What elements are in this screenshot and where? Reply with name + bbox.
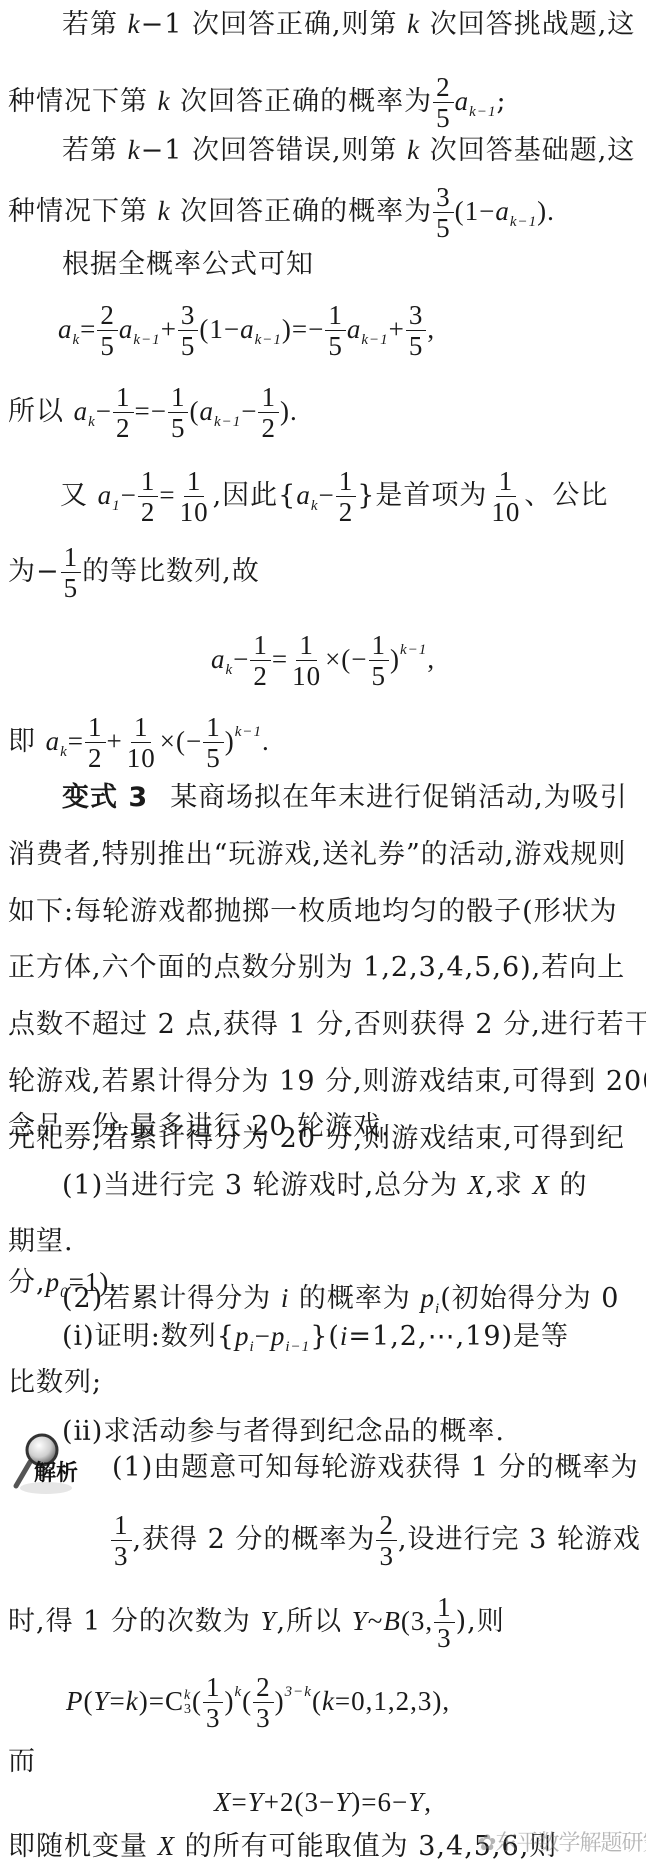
text: ): [390, 644, 400, 674]
var-k: k: [128, 135, 141, 165]
subscript: k: [311, 498, 319, 514]
subscript: k: [60, 744, 68, 760]
text: (3,: [401, 1606, 433, 1636]
var-P: P: [66, 1686, 84, 1716]
fraction: 12: [138, 466, 159, 527]
var-a: a: [199, 396, 214, 426]
text: 念品一份,最多进行 20 轮游戏.: [8, 1111, 391, 1142]
var-X: X: [158, 1831, 176, 1861]
text: 、公比: [524, 480, 608, 511]
var-k: k: [158, 86, 171, 116]
subscript: k: [88, 414, 96, 430]
paragraph-wrong-prob: 种情况下第 k 次回答正确的概率为35(1−ak−1).: [0, 182, 646, 243]
text: ).: [280, 396, 298, 426]
fraction: 35: [406, 300, 427, 361]
subscript: 0: [60, 1285, 69, 1301]
operator: =: [80, 314, 96, 344]
equation-x-y: X=Y+2(3−Y)=6−Y,: [0, 1782, 646, 1823]
text: 轮游戏,若累计得分为 19 分,则游戏结束,可得到 200: [8, 1066, 646, 1097]
var-a: a: [347, 314, 362, 344]
text: 即: [8, 726, 46, 757]
text: (: [192, 1686, 202, 1716]
exponent: k−1: [400, 642, 427, 658]
text: (ⅱ)求活动参与者得到纪念品的概率.: [62, 1416, 505, 1447]
paragraph-total-prob: 根据全概率公式可知: [0, 245, 646, 285]
paragraph-correct-prob: 种情况下第 k 次回答正确的概率为25ak−1;: [0, 72, 646, 133]
fraction: 25: [97, 300, 118, 361]
operator: −: [233, 644, 249, 674]
variant-title: 变式 3: [62, 782, 148, 813]
text: (ⅰ)证明:数列{: [62, 1321, 235, 1352]
operator: +: [161, 314, 177, 344]
question-2-i: (ⅰ)证明:数列{pi−pi−1}(i=1,2,⋯,19)是等: [0, 1316, 646, 1367]
combination-indices: k3: [184, 1689, 192, 1717]
var-Y: Y: [248, 1787, 264, 1817]
text: ,所以: [277, 1606, 352, 1637]
operator: −: [121, 480, 137, 510]
fraction: 110: [124, 712, 159, 773]
text: ): [282, 314, 292, 344]
text: ,: [427, 314, 435, 344]
watermark: ✿东平数学解题研究: [478, 1826, 646, 1857]
text: 若第: [62, 135, 128, 166]
fraction: 15: [325, 300, 346, 361]
fraction: 13: [434, 1592, 455, 1653]
operator: +: [389, 314, 405, 344]
operator: ×(−: [160, 726, 202, 756]
fraction: 110: [177, 466, 212, 527]
variant-heading-line: 变式 3某商场拟在年末进行促销活动,为吸引: [0, 778, 646, 818]
text: 正方体,六个面的点数分别为 1,2,3,4,5,6),若向上: [8, 952, 625, 983]
operator: −: [96, 396, 112, 426]
fraction: 13: [203, 1672, 224, 1733]
fraction: 15: [168, 382, 189, 443]
fraction: 12: [85, 712, 106, 773]
var-a: a: [74, 396, 89, 426]
var-Y: Y: [352, 1606, 368, 1636]
text: −1 次回答正确,则第: [141, 9, 408, 40]
fraction: 35: [433, 182, 454, 243]
var-X: X: [468, 1170, 486, 1200]
equation-general-shifted: ak−12=110×(−15)k−1,: [0, 630, 646, 691]
text: −1 次回答错误,则第: [141, 135, 408, 166]
operator: ×(−: [325, 644, 367, 674]
text: ,求: [485, 1170, 532, 1201]
variant-line: 正方体,六个面的点数分别为 1,2,3,4,5,6),若向上: [0, 912, 646, 952]
operator: −: [319, 480, 335, 510]
text: (: [312, 1686, 322, 1716]
text: ): [224, 1686, 234, 1716]
text: 时,得 1 分的次数为: [8, 1606, 261, 1637]
solution-line-2: 13,获得 2 分的概率为23,设进行完 3 轮游戏: [0, 1510, 646, 1571]
text: ,因此{: [213, 480, 297, 511]
text: 点数不超过 2 点,获得 1 分,否则获得 2 分,进行若干: [8, 1009, 646, 1040]
text: ): [275, 1686, 285, 1716]
text: 次回答正确的概率为: [171, 86, 433, 117]
operator: =: [272, 644, 288, 674]
paragraph-wrong-case: 若第 k−1 次回答错误,则第 k 次回答基础题,这: [0, 130, 646, 171]
operator: =−: [135, 396, 167, 426]
paragraph-ratio: 为−15的等比数列,故: [0, 542, 646, 603]
var-Y: Y: [408, 1787, 424, 1817]
solution-line-1: (1)由题意可知每轮游戏获得 1 分的概率为: [0, 1448, 646, 1488]
var-k: k: [322, 1686, 335, 1716]
text: 即随机变量: [8, 1831, 158, 1862]
text: (1)由题意可知每轮游戏获得 1 分的概率为: [112, 1452, 639, 1483]
var-B: B: [383, 1606, 401, 1636]
fraction: 15: [369, 630, 390, 691]
text: .: [262, 726, 270, 756]
text: =1,2,⋯,19)是等: [348, 1321, 569, 1352]
fraction: 13: [111, 1510, 132, 1571]
operator: =−: [292, 314, 324, 344]
text: 的: [550, 1170, 588, 1201]
fraction: 23: [376, 1510, 397, 1571]
question-1: (1)当进行完 3 轮游戏时,总分为 X,求 X 的: [0, 1165, 646, 1206]
operator: +: [107, 726, 123, 756]
var-k: k: [158, 196, 171, 226]
subscript: i−1: [285, 1339, 310, 1355]
var-a: a: [119, 314, 134, 344]
fraction: 23: [253, 1672, 274, 1733]
text: 次回答正确的概率为: [171, 196, 433, 227]
exponent: 3−k: [285, 1684, 312, 1700]
var-a: a: [455, 86, 470, 116]
text: 分,: [8, 1267, 46, 1298]
operator: =: [159, 480, 175, 510]
var-a: a: [211, 644, 226, 674]
subscript: k−1: [469, 104, 496, 120]
var-p: p: [235, 1321, 250, 1351]
text: 的等比数列,故: [82, 556, 260, 587]
subscript: 1: [112, 498, 121, 514]
text: ).: [537, 196, 555, 226]
fraction: 110: [289, 630, 324, 691]
operator: =: [110, 1686, 126, 1716]
var-Y: Y: [94, 1686, 110, 1716]
variant-line: 轮游戏,若累计得分为 19 分,则游戏结束,可得到 200: [0, 1062, 646, 1102]
text: ,: [427, 644, 435, 674]
fraction: 12: [113, 382, 134, 443]
var-a: a: [98, 480, 113, 510]
var-X: X: [532, 1170, 550, 1200]
text: 种情况下第: [8, 86, 158, 117]
text: 比数列;: [8, 1367, 102, 1398]
text: 所以: [8, 396, 74, 427]
var-a: a: [46, 726, 61, 756]
fraction: 12: [250, 630, 271, 691]
subscript: k−1: [510, 214, 537, 230]
fraction: 15: [61, 542, 82, 603]
solution-er: 而: [0, 1742, 646, 1782]
var-a: a: [495, 196, 510, 226]
watermark-text: 东平数学解题研究: [495, 1831, 646, 1856]
var-p: p: [46, 1267, 61, 1297]
text: 根据全概率公式可知: [62, 249, 314, 280]
text: ,设进行完 3 轮游戏: [398, 1524, 641, 1555]
text: 消费者,特别推出“玩游戏,送礼券”的活动,游戏规则: [8, 839, 626, 870]
operator: =: [232, 1787, 248, 1817]
text: =0,1,2,3),: [335, 1686, 450, 1716]
var-p: p: [271, 1321, 286, 1351]
var-a: a: [58, 314, 73, 344]
fraction: 35: [178, 300, 199, 361]
var-X: X: [214, 1787, 232, 1817]
text: }是首项为: [357, 480, 487, 511]
fraction: 110: [488, 466, 523, 527]
text: (: [189, 396, 199, 426]
exponent: k: [234, 1684, 242, 1700]
text: +2(3−: [264, 1787, 335, 1817]
fraction: 25: [433, 72, 454, 133]
text: (: [242, 1686, 252, 1716]
fraction: 12: [258, 382, 279, 443]
equation-recurrence: ak=25ak−1+35(1−ak−1)=−15ak−1+35,: [0, 300, 646, 361]
text: 次回答挑战题,这: [420, 9, 635, 40]
text: (: [84, 1686, 94, 1716]
text: (1−: [455, 196, 496, 226]
fraction: 15: [203, 712, 224, 773]
exponent: k−1: [235, 724, 262, 740]
question-2-cont: 分,p0=1).: [0, 1262, 646, 1313]
operator: ~: [368, 1606, 384, 1636]
paragraph-first-term: 又 a1−12=110,因此{ak−12}是首项为110、公比: [0, 466, 646, 527]
text: (1)当进行完 3 轮游戏时,总分为: [62, 1170, 468, 1201]
var-Y: Y: [335, 1787, 351, 1817]
fraction: 12: [336, 466, 357, 527]
text: 种情况下第: [8, 196, 158, 227]
operator: −: [255, 1321, 271, 1351]
text: 为−: [8, 556, 60, 587]
text: ;: [496, 86, 506, 117]
text: ,: [424, 1787, 432, 1817]
equation-binomial-pmf: P(Y=k)=Ck3(13)k(23)3−k(k=0,1,2,3),: [0, 1672, 646, 1733]
solution-line-3: 时,得 1 分的次数为 Y,所以 Y~B(3,13),则: [0, 1592, 646, 1653]
text: ),则: [456, 1606, 505, 1637]
var-k: k: [126, 1686, 139, 1716]
wechat-icon: ✿: [478, 1831, 495, 1856]
subscript: k−1: [133, 332, 160, 348]
question-2-ii: (ⅱ)求活动参与者得到纪念品的概率.: [0, 1412, 646, 1452]
operator: −: [241, 396, 257, 426]
text: )=C: [139, 1686, 184, 1716]
var-k: k: [407, 9, 420, 39]
subscript: k: [225, 662, 233, 678]
subscript: k−1: [214, 414, 241, 430]
variant-line: 消费者,特别推出“玩游戏,送礼券”的活动,游戏规则: [0, 835, 646, 875]
text: 次回答基础题,这: [420, 135, 635, 166]
text: (1−: [199, 314, 240, 344]
equation-general-term: 即 ak=12+110×(−15)k−1.: [0, 712, 646, 773]
text: =1).: [69, 1267, 117, 1297]
var-a: a: [296, 480, 311, 510]
text: 而: [8, 1746, 36, 1777]
text: }(: [310, 1321, 340, 1352]
subscript: k−1: [361, 332, 388, 348]
paragraph-correct-case: 若第 k−1 次回答正确,则第 k 次回答挑战题,这: [0, 4, 646, 45]
text: ): [225, 726, 235, 756]
text: )=6−: [351, 1787, 408, 1817]
var-Y: Y: [261, 1606, 277, 1636]
question-2-i-cont: 比数列;: [0, 1363, 646, 1403]
operator: =: [68, 726, 84, 756]
var-k: k: [128, 9, 141, 39]
subscript: k−1: [255, 332, 282, 348]
var-k: k: [407, 135, 420, 165]
text: 又: [60, 480, 98, 511]
text: 若第: [62, 9, 128, 40]
equation-shifted: 所以 ak−12=−15(ak−1−12).: [0, 382, 646, 443]
variant-line: 点数不超过 2 点,获得 1 分,否则获得 2 分,进行若干: [0, 1005, 646, 1045]
var-a: a: [240, 314, 255, 344]
text: 某商场拟在年末进行促销活动,为吸引: [170, 782, 628, 813]
text: ,获得 2 分的概率为: [133, 1524, 376, 1555]
